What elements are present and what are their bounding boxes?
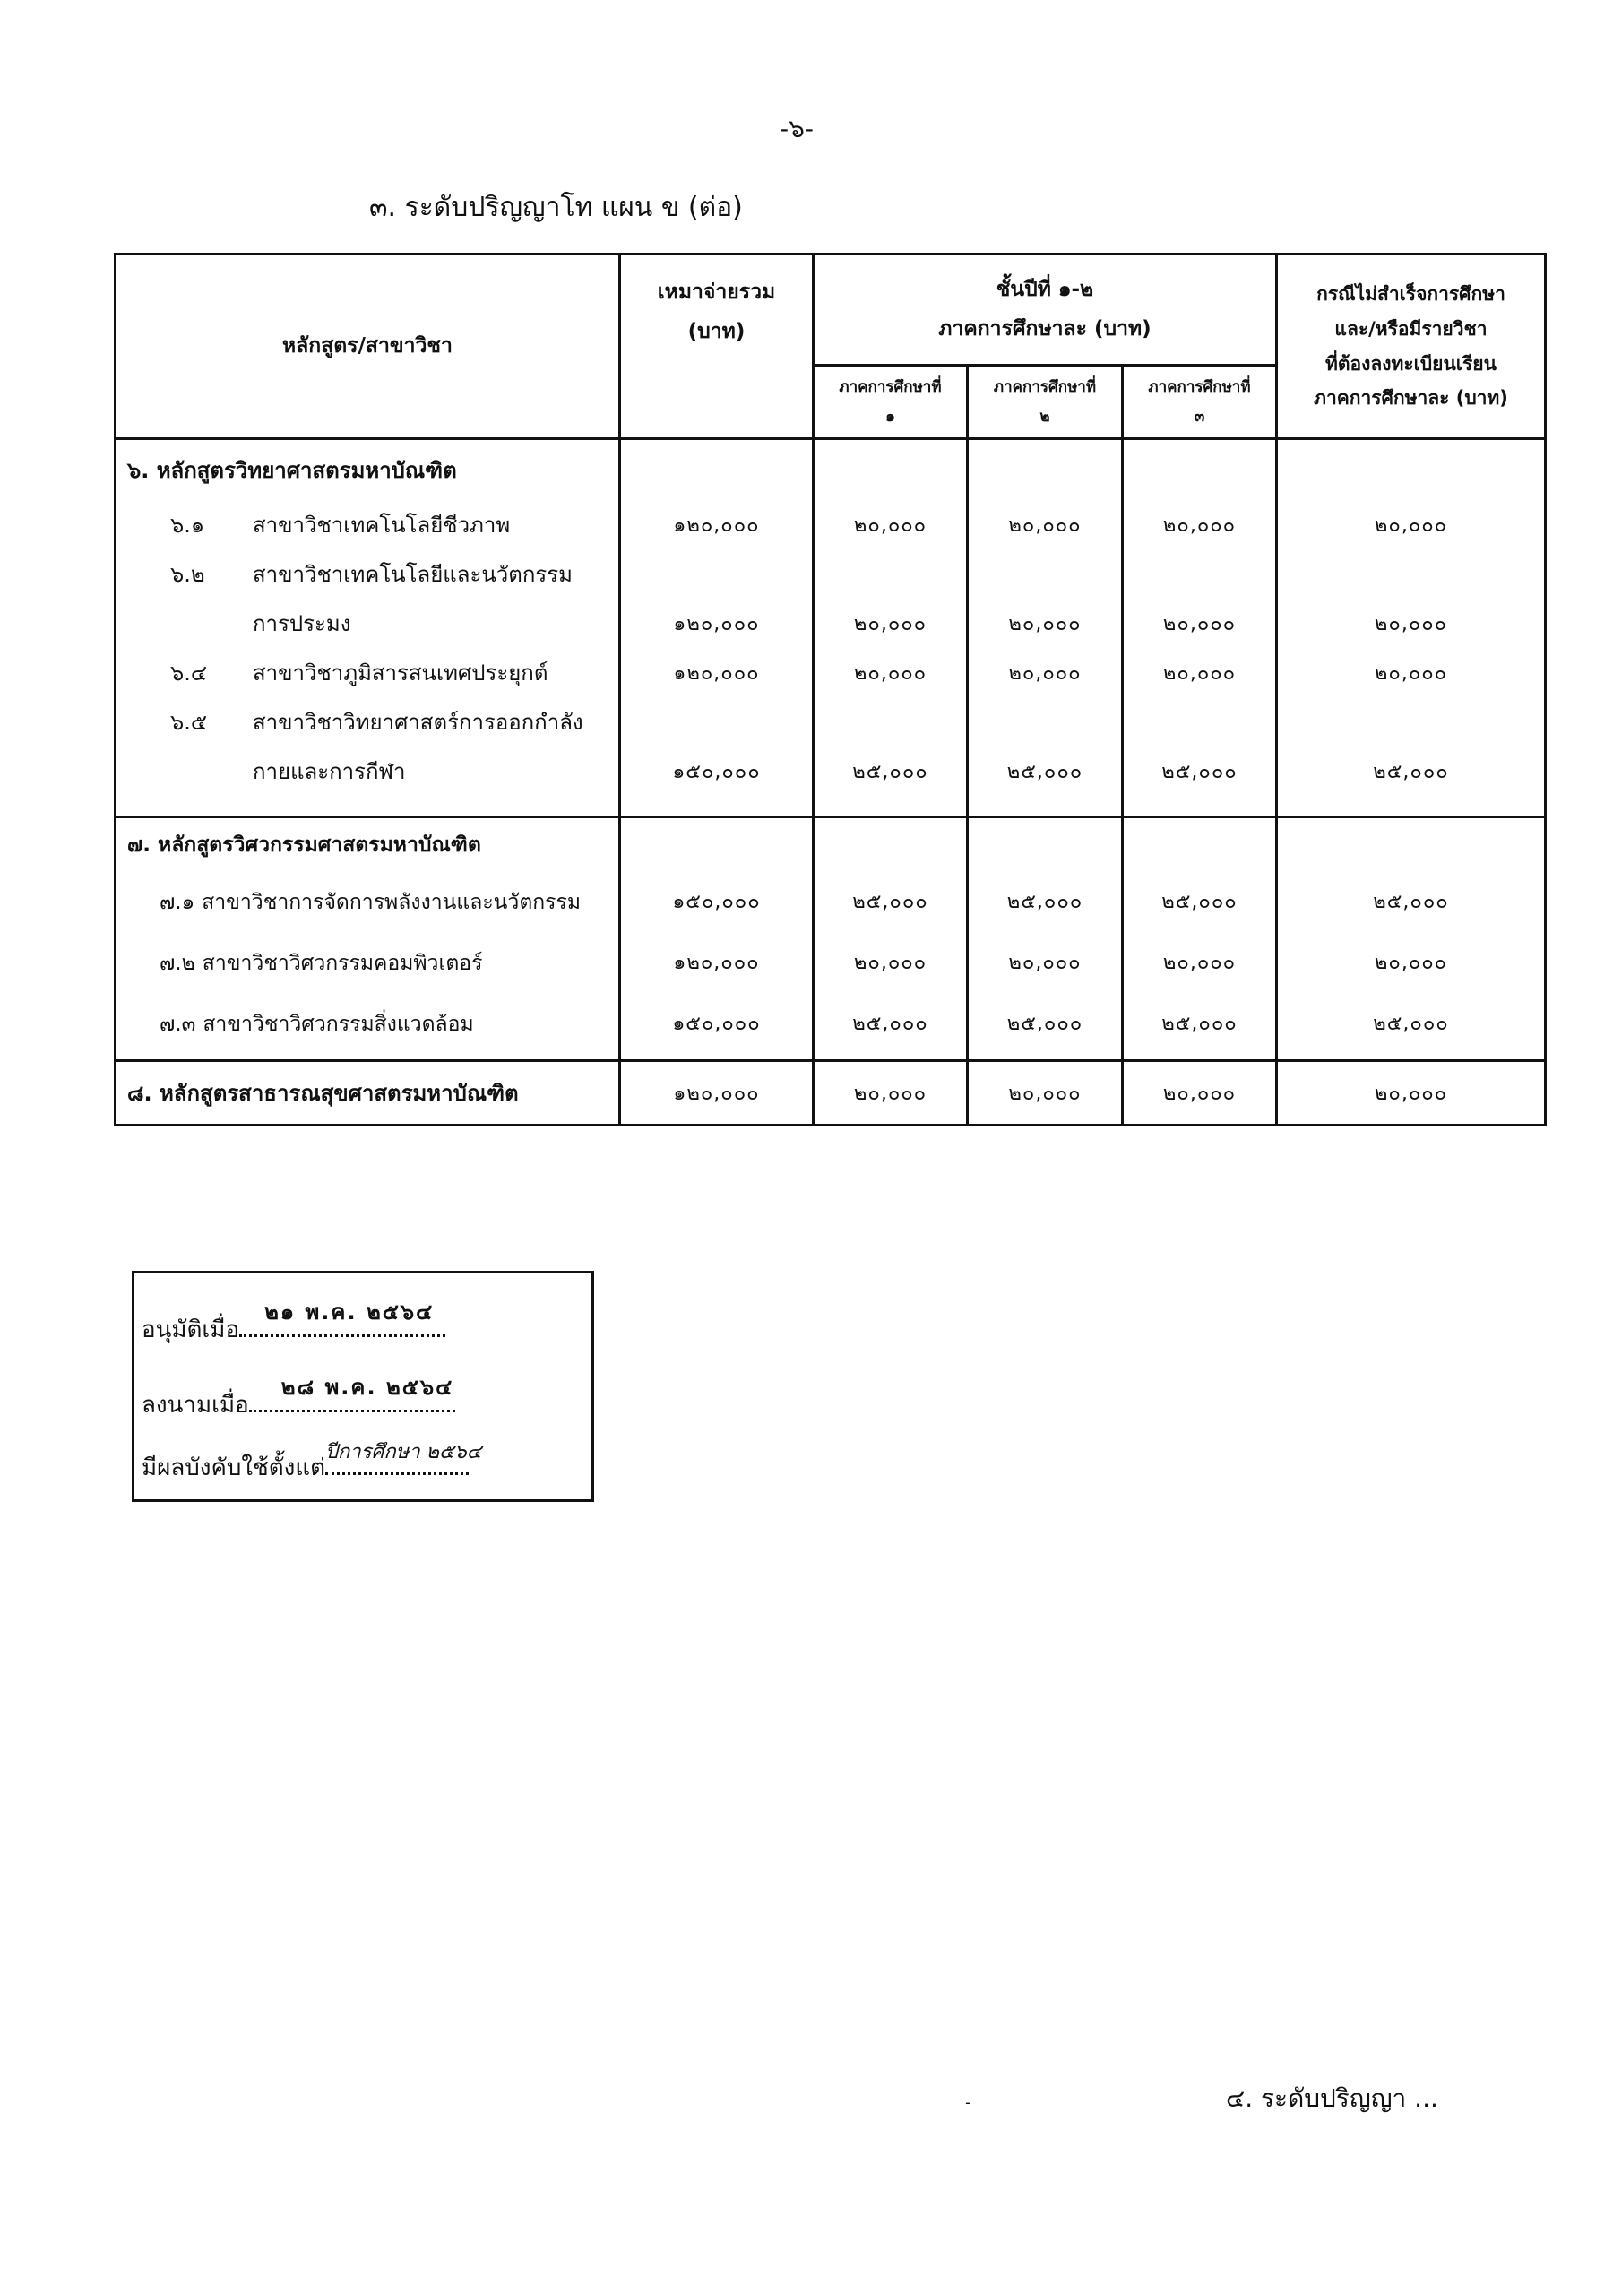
stamp-effective: มีผลบังคับใช้ตั้งแต่ปีการศึกษา ๒๕๖๔ [142, 1449, 469, 1486]
header-semester-3: ภาคการศึกษาที่๓ [1123, 366, 1277, 439]
header-program: หลักสูตร/สาขาวิชา [116, 255, 620, 439]
program-row: ๗.๑สาขาวิชาการจัดการพลังงานและนวัตกรรม [116, 872, 618, 933]
section-title: ๓. ระดับปริญญาโท แผน ข (ต่อ) [369, 186, 743, 229]
header-semester-2: ภาคการศึกษาที่๒ [968, 366, 1123, 439]
program-row: ๗.๒สาขาวิชาวิศวกรรมคอมพิวเตอร์ [116, 933, 618, 994]
program-row: ๖.๒สาขาวิชาเทคโนโลยีและนวัตกรรม [116, 550, 618, 600]
header-semester-1: ภาคการศึกษาที่๑ [814, 366, 968, 439]
stamp-signed: ลงนามเมื่อ๒๘ พ.ค. ๒๕๖๔ [142, 1386, 455, 1423]
approval-stamp: อนุมัติเมื่อ๒๑ พ.ค. ๒๕๖๔ ลงนามเมื่อ๒๘ พ.… [132, 1271, 594, 1502]
program-row: ๖.๑สาขาวิชาเทคโนโลยีชีวภาพ [116, 501, 618, 550]
program-row: ๗.๓สาขาวิชาวิศวกรรมสิ่งแวดล้อม [116, 994, 618, 1055]
continuation-note: ๔. ระดับปริญญา ... [1226, 2079, 1438, 2119]
footer-mark: - [965, 2093, 971, 2112]
fee-table: หลักสูตร/สาขาวิชา เหมาจ่ายรวม(บาท) ชั้นป… [114, 253, 1547, 1126]
group-row-7: ๗. หลักสูตรวิศวกรรมศาสตรมหาบัณฑิต ๗.๑สาข… [116, 817, 1546, 1061]
group-title: ๗. หลักสูตรวิศวกรรมศาสตรมหาบัณฑิต [116, 818, 618, 872]
group-title: ๖. หลักสูตรวิทยาศาสตรมหาบัณฑิต [116, 440, 618, 501]
header-total: เหมาจ่ายรวม(บาท) [620, 255, 814, 439]
group-row-8: ๘. หลักสูตรสาธารณสุขศาสตรมหาบัณฑิต ๑๒๐,๐… [116, 1061, 1546, 1126]
page-number: -๖- [780, 109, 814, 149]
program-row: ๖.๔สาขาวิชาภูมิสารสนเทศประยุกต์ [116, 649, 618, 698]
header-extra: กรณีไม่สำเร็จการศึกษาและ/หรือมีรายวิชา ท… [1277, 255, 1546, 439]
group-row-6: ๖. หลักสูตรวิทยาศาสตรมหาบัณฑิต ๖.๑สาขาวิ… [116, 439, 1546, 817]
program-row: ๖.๕สาขาวิชาวิทยาศาสตร์การออกกำลัง [116, 698, 618, 747]
header-year: ชั้นปีที่ ๑-๒ภาคการศึกษาละ (บาท) [814, 255, 1277, 366]
stamp-approved: อนุมัติเมื่อ๒๑ พ.ค. ๒๕๖๔ [142, 1311, 445, 1348]
